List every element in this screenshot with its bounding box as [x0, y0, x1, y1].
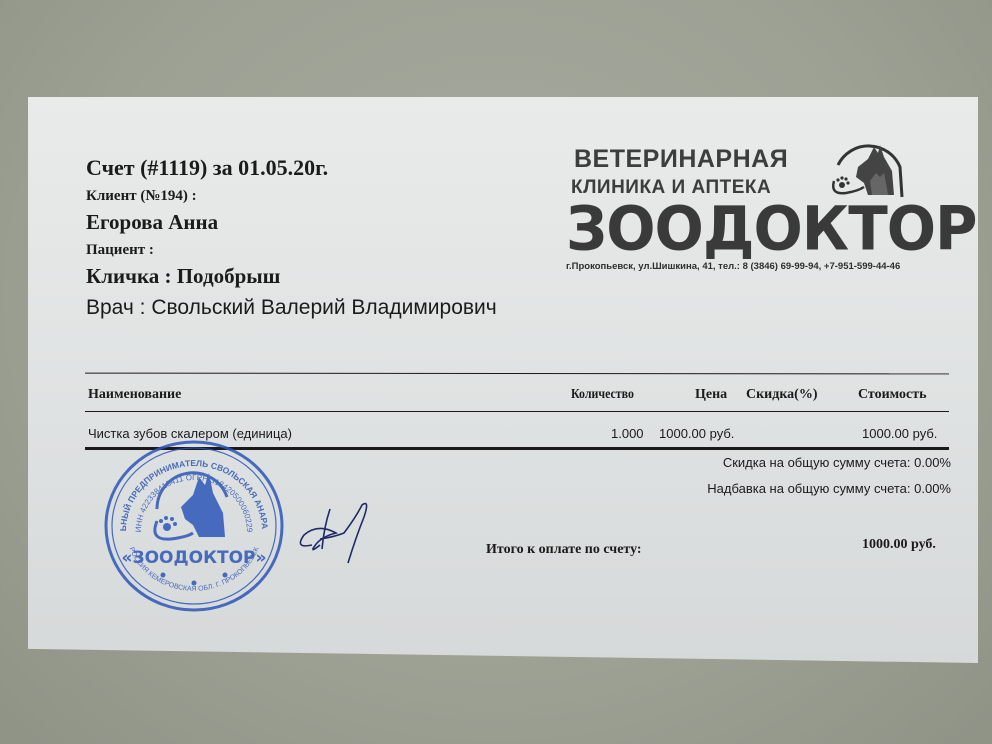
total-value: 1000.00 руб.: [862, 537, 936, 553]
column-header-discount: Скидка(%): [746, 387, 818, 403]
doctor-signature: [290, 493, 386, 573]
column-header-cost: Стоимость: [858, 387, 927, 403]
stamp-brand: «ЗООДОКТОР»: [122, 548, 267, 568]
invoice-title: Счет (#1119) за 01.05.20г.: [86, 155, 328, 181]
logo-line-1: ВЕТЕРИНАРНАЯ: [574, 145, 788, 174]
total-label: Итого к оплате по счету:: [486, 542, 642, 558]
client-label: Клиент (№194) :: [86, 188, 197, 205]
column-header-quantity: Количество: [571, 387, 634, 403]
row-price: 1000.00 руб.: [659, 426, 734, 441]
row-cost: 1000.00 руб.: [862, 426, 937, 441]
row-quantity: 1.000: [611, 426, 644, 441]
clinic-address: г.Прокопьевск, ул.Шишкина, 41, тел.: 8 (…: [566, 261, 900, 272]
markup-total: Надбавка на общую сумму счета: 0.00%: [707, 481, 951, 496]
table-header-rule: [85, 411, 949, 412]
column-header-price: Цена: [695, 387, 727, 403]
logo-brand: ЗООДОКТОР: [566, 193, 977, 264]
discount-total: Скидка на общую сумму счета: 0.00%: [723, 455, 951, 470]
dog-cat-paw-icon: [828, 137, 908, 203]
table-top-rule: [85, 373, 949, 375]
invoice-sheet: Счет (#1119) за 01.05.20г. Клиент (№194)…: [28, 97, 978, 663]
doctor-name: Врач : Свольский Валерий Владимирович: [86, 296, 497, 320]
client-name: Егорова Анна: [86, 210, 218, 235]
patient-label: Пациент :: [86, 242, 154, 259]
column-header-name: Наименование: [88, 387, 181, 403]
pet-name: Кличка : Подобрыш: [86, 264, 280, 289]
clinic-stamp: ИНДИВИДУАЛЬНЫЙ ПРЕДПРИНИМАТЕЛЬ СВОЛЬСКАЯ…: [101, 437, 287, 615]
